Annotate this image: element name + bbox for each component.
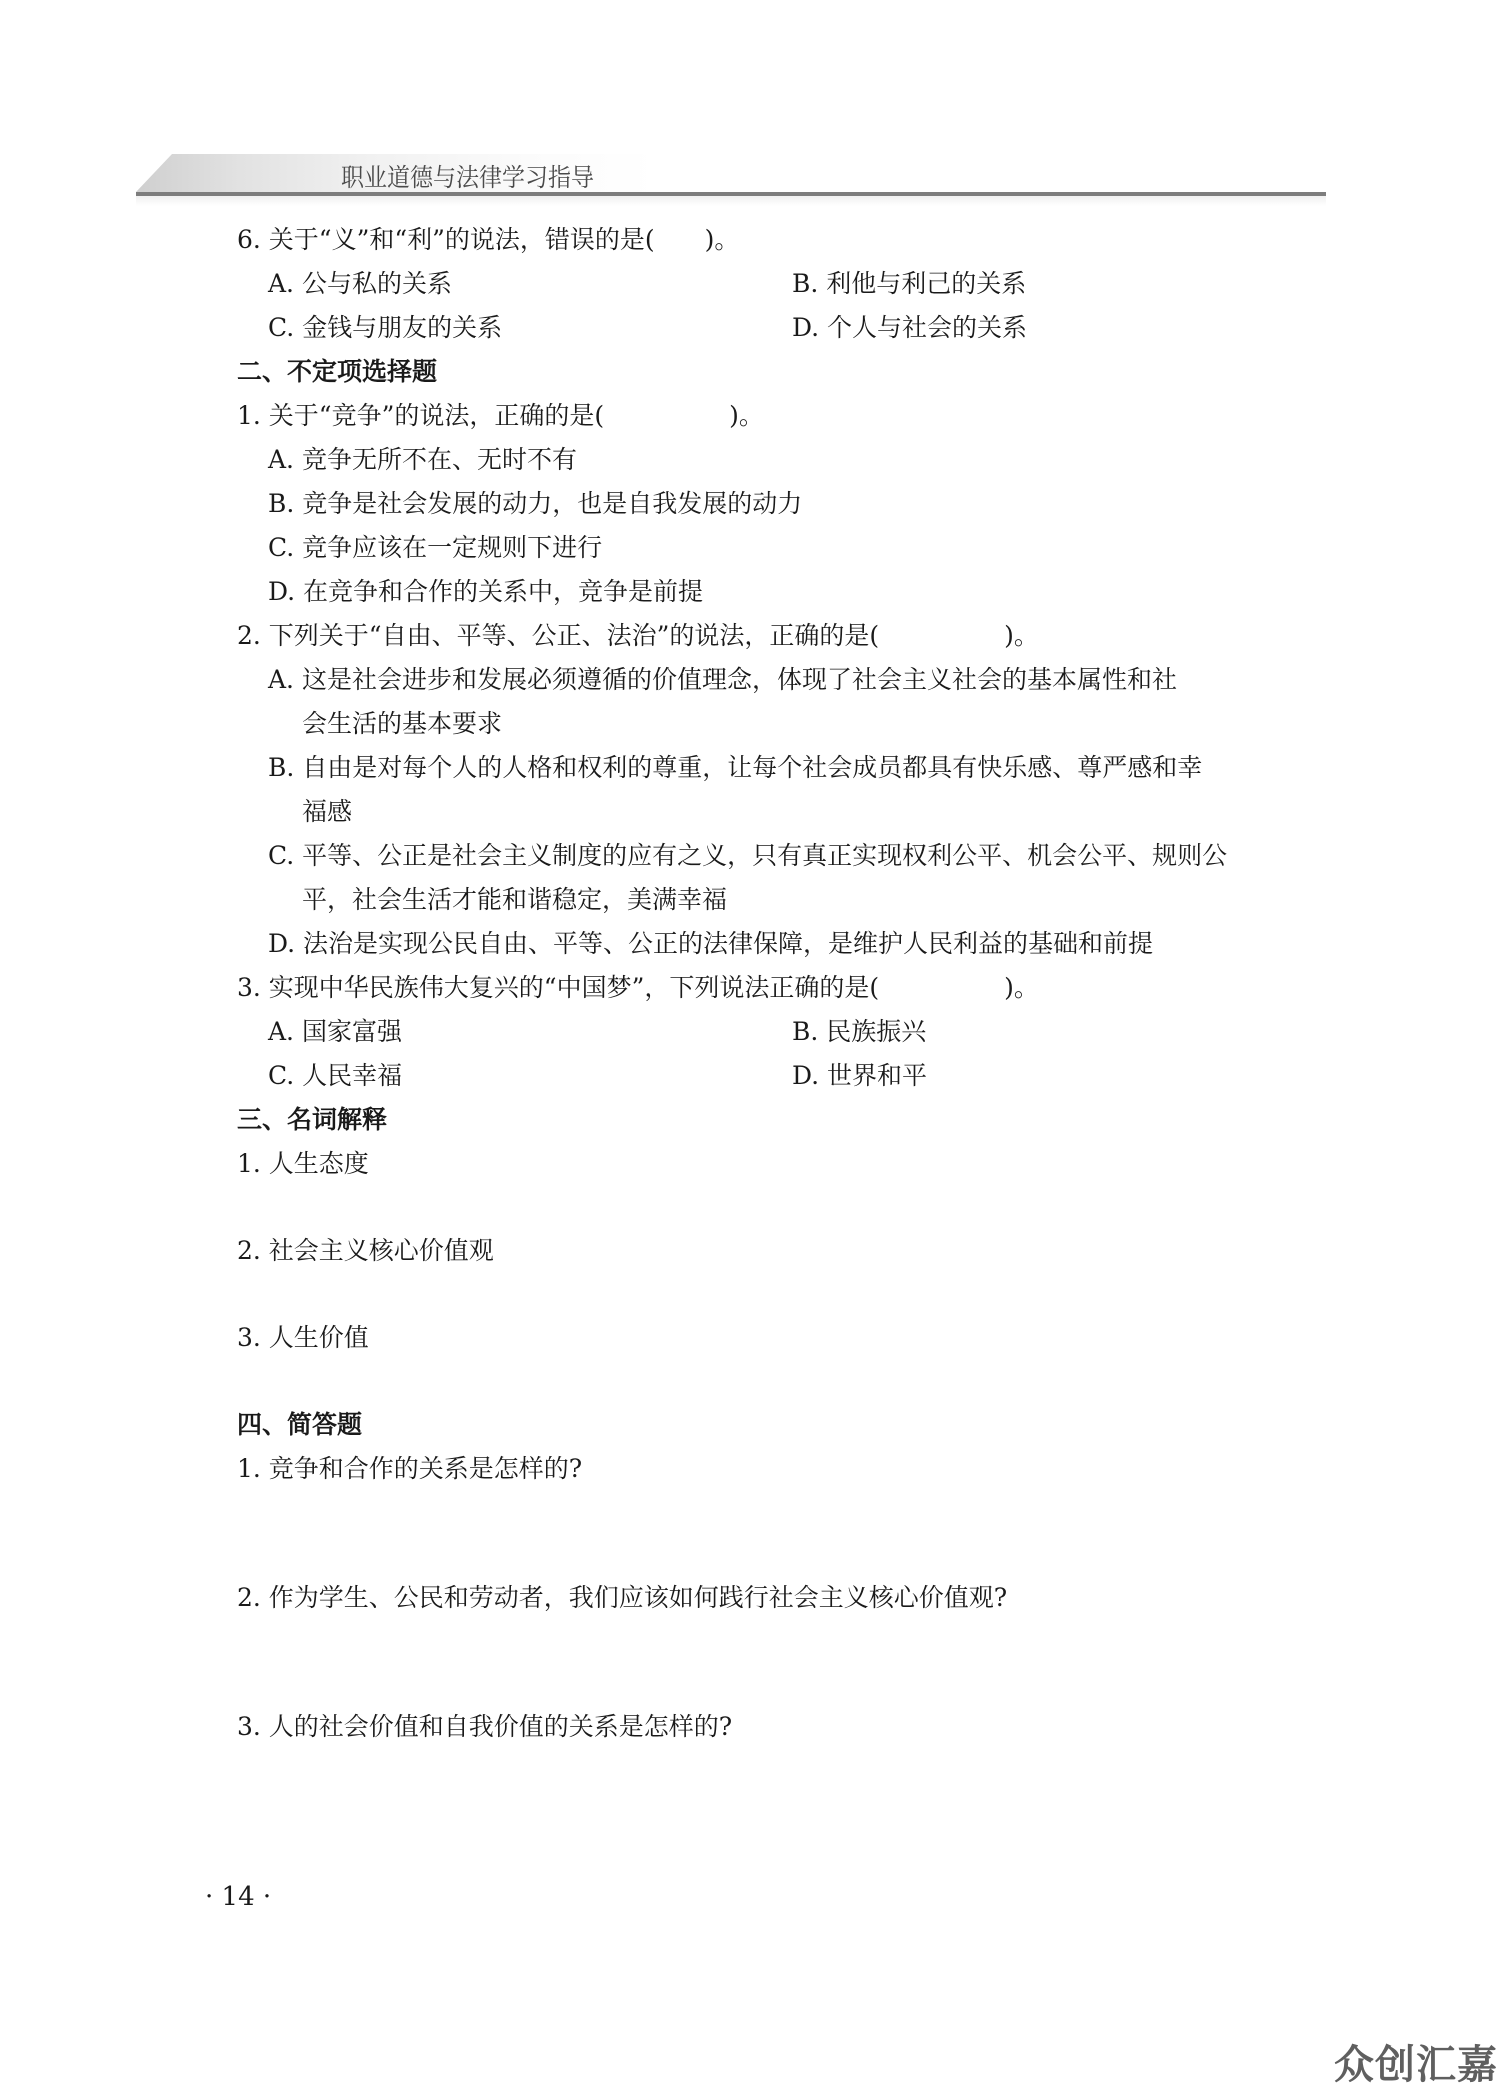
option-c: C. 平等、公正是社会主义制度的应有之义，只有真正实现权利公平、机会公平、规则公: [237, 834, 1337, 878]
section-heading-multiple-choice: 二、不定项选择题: [237, 350, 1337, 394]
question-stem: 1. 关于“竞争”的说法，正确的是( )。: [237, 394, 1337, 438]
option-row: A. 公与私的关系 B. 利他与利己的关系: [237, 262, 1337, 306]
page-number: · 14 ·: [205, 1882, 271, 1912]
option-row: A. 国家富强 B. 民族振兴: [237, 1010, 1337, 1054]
option-a: A. 公与私的关系: [268, 262, 792, 306]
option-d: D. 在竞争和合作的关系中，竞争是前提: [237, 570, 1337, 614]
option-row: C. 金钱与朋友的关系 D. 个人与社会的关系: [237, 306, 1337, 350]
option-d: D. 个人与社会的关系: [792, 306, 1316, 350]
option-a: A. 竞争无所不在、无时不有: [237, 438, 1337, 482]
option-c: C. 金钱与朋友的关系: [268, 306, 792, 350]
option-a-continued: 会生活的基本要求: [237, 702, 1337, 746]
short-answer-item: 3. 人的社会价值和自我价值的关系是怎样的?: [237, 1705, 1337, 1749]
option-c: C. 竞争应该在一定规则下进行: [237, 526, 1337, 570]
option-b: B. 竞争是社会发展的动力，也是自我发展的动力: [237, 482, 1337, 526]
page-content: 6. 关于“义”和“利”的说法，错误的是( )。 A. 公与私的关系 B. 利他…: [237, 218, 1337, 1749]
running-header: 职业道德与法律学习指导: [136, 152, 1326, 198]
term-item: 2. 社会主义核心价值观: [237, 1229, 1337, 1273]
book-title: 职业道德与法律学习指导: [341, 158, 594, 194]
option-b: B. 利他与利己的关系: [792, 262, 1316, 306]
term-item: 1. 人生态度: [237, 1142, 1337, 1186]
question-stem: 6. 关于“义”和“利”的说法，错误的是( )。: [237, 218, 1337, 262]
option-a: A. 这是社会进步和发展必须遵循的价值理念，体现了社会主义社会的基本属性和社: [237, 658, 1337, 702]
answer-space: [237, 1620, 1337, 1705]
question-stem: 3. 实现中华民族伟大复兴的“中国梦”，下列说法正确的是( )。: [237, 966, 1337, 1010]
answer-space: [237, 1360, 1337, 1403]
option-d: D. 法治是实现公民自由、平等、公正的法律保障，是维护人民利益的基础和前提: [237, 922, 1337, 966]
option-c: C. 人民幸福: [268, 1054, 792, 1098]
short-answer-item: 1. 竞争和合作的关系是怎样的?: [237, 1447, 1337, 1491]
answer-space: [237, 1273, 1337, 1316]
watermark-logo: 众创汇嘉: [1334, 2033, 1498, 2090]
option-row: C. 人民幸福 D. 世界和平: [237, 1054, 1337, 1098]
term-item: 3. 人生价值: [237, 1316, 1337, 1360]
option-d: D. 世界和平: [792, 1054, 1316, 1098]
option-b-continued: 福感: [237, 790, 1337, 834]
answer-space: [237, 1491, 1337, 1576]
option-b: B. 民族振兴: [792, 1010, 1316, 1054]
answer-space: [237, 1186, 1337, 1229]
section-heading-term-definitions: 三、名词解释: [237, 1098, 1337, 1142]
section-heading-short-answer: 四、简答题: [237, 1403, 1337, 1447]
question-stem: 2. 下列关于“自由、平等、公正、法治”的说法，正确的是( )。: [237, 614, 1337, 658]
option-a: A. 国家富强: [268, 1010, 792, 1054]
option-b: B. 自由是对每个人的人格和权利的尊重，让每个社会成员都具有快乐感、尊严感和幸: [237, 746, 1337, 790]
option-c-continued: 平，社会生活才能和谐稳定，美满幸福: [237, 878, 1337, 922]
header-rule-shadow: [136, 196, 1326, 206]
short-answer-item: 2. 作为学生、公民和劳动者，我们应该如何践行社会主义核心价值观?: [237, 1576, 1337, 1620]
